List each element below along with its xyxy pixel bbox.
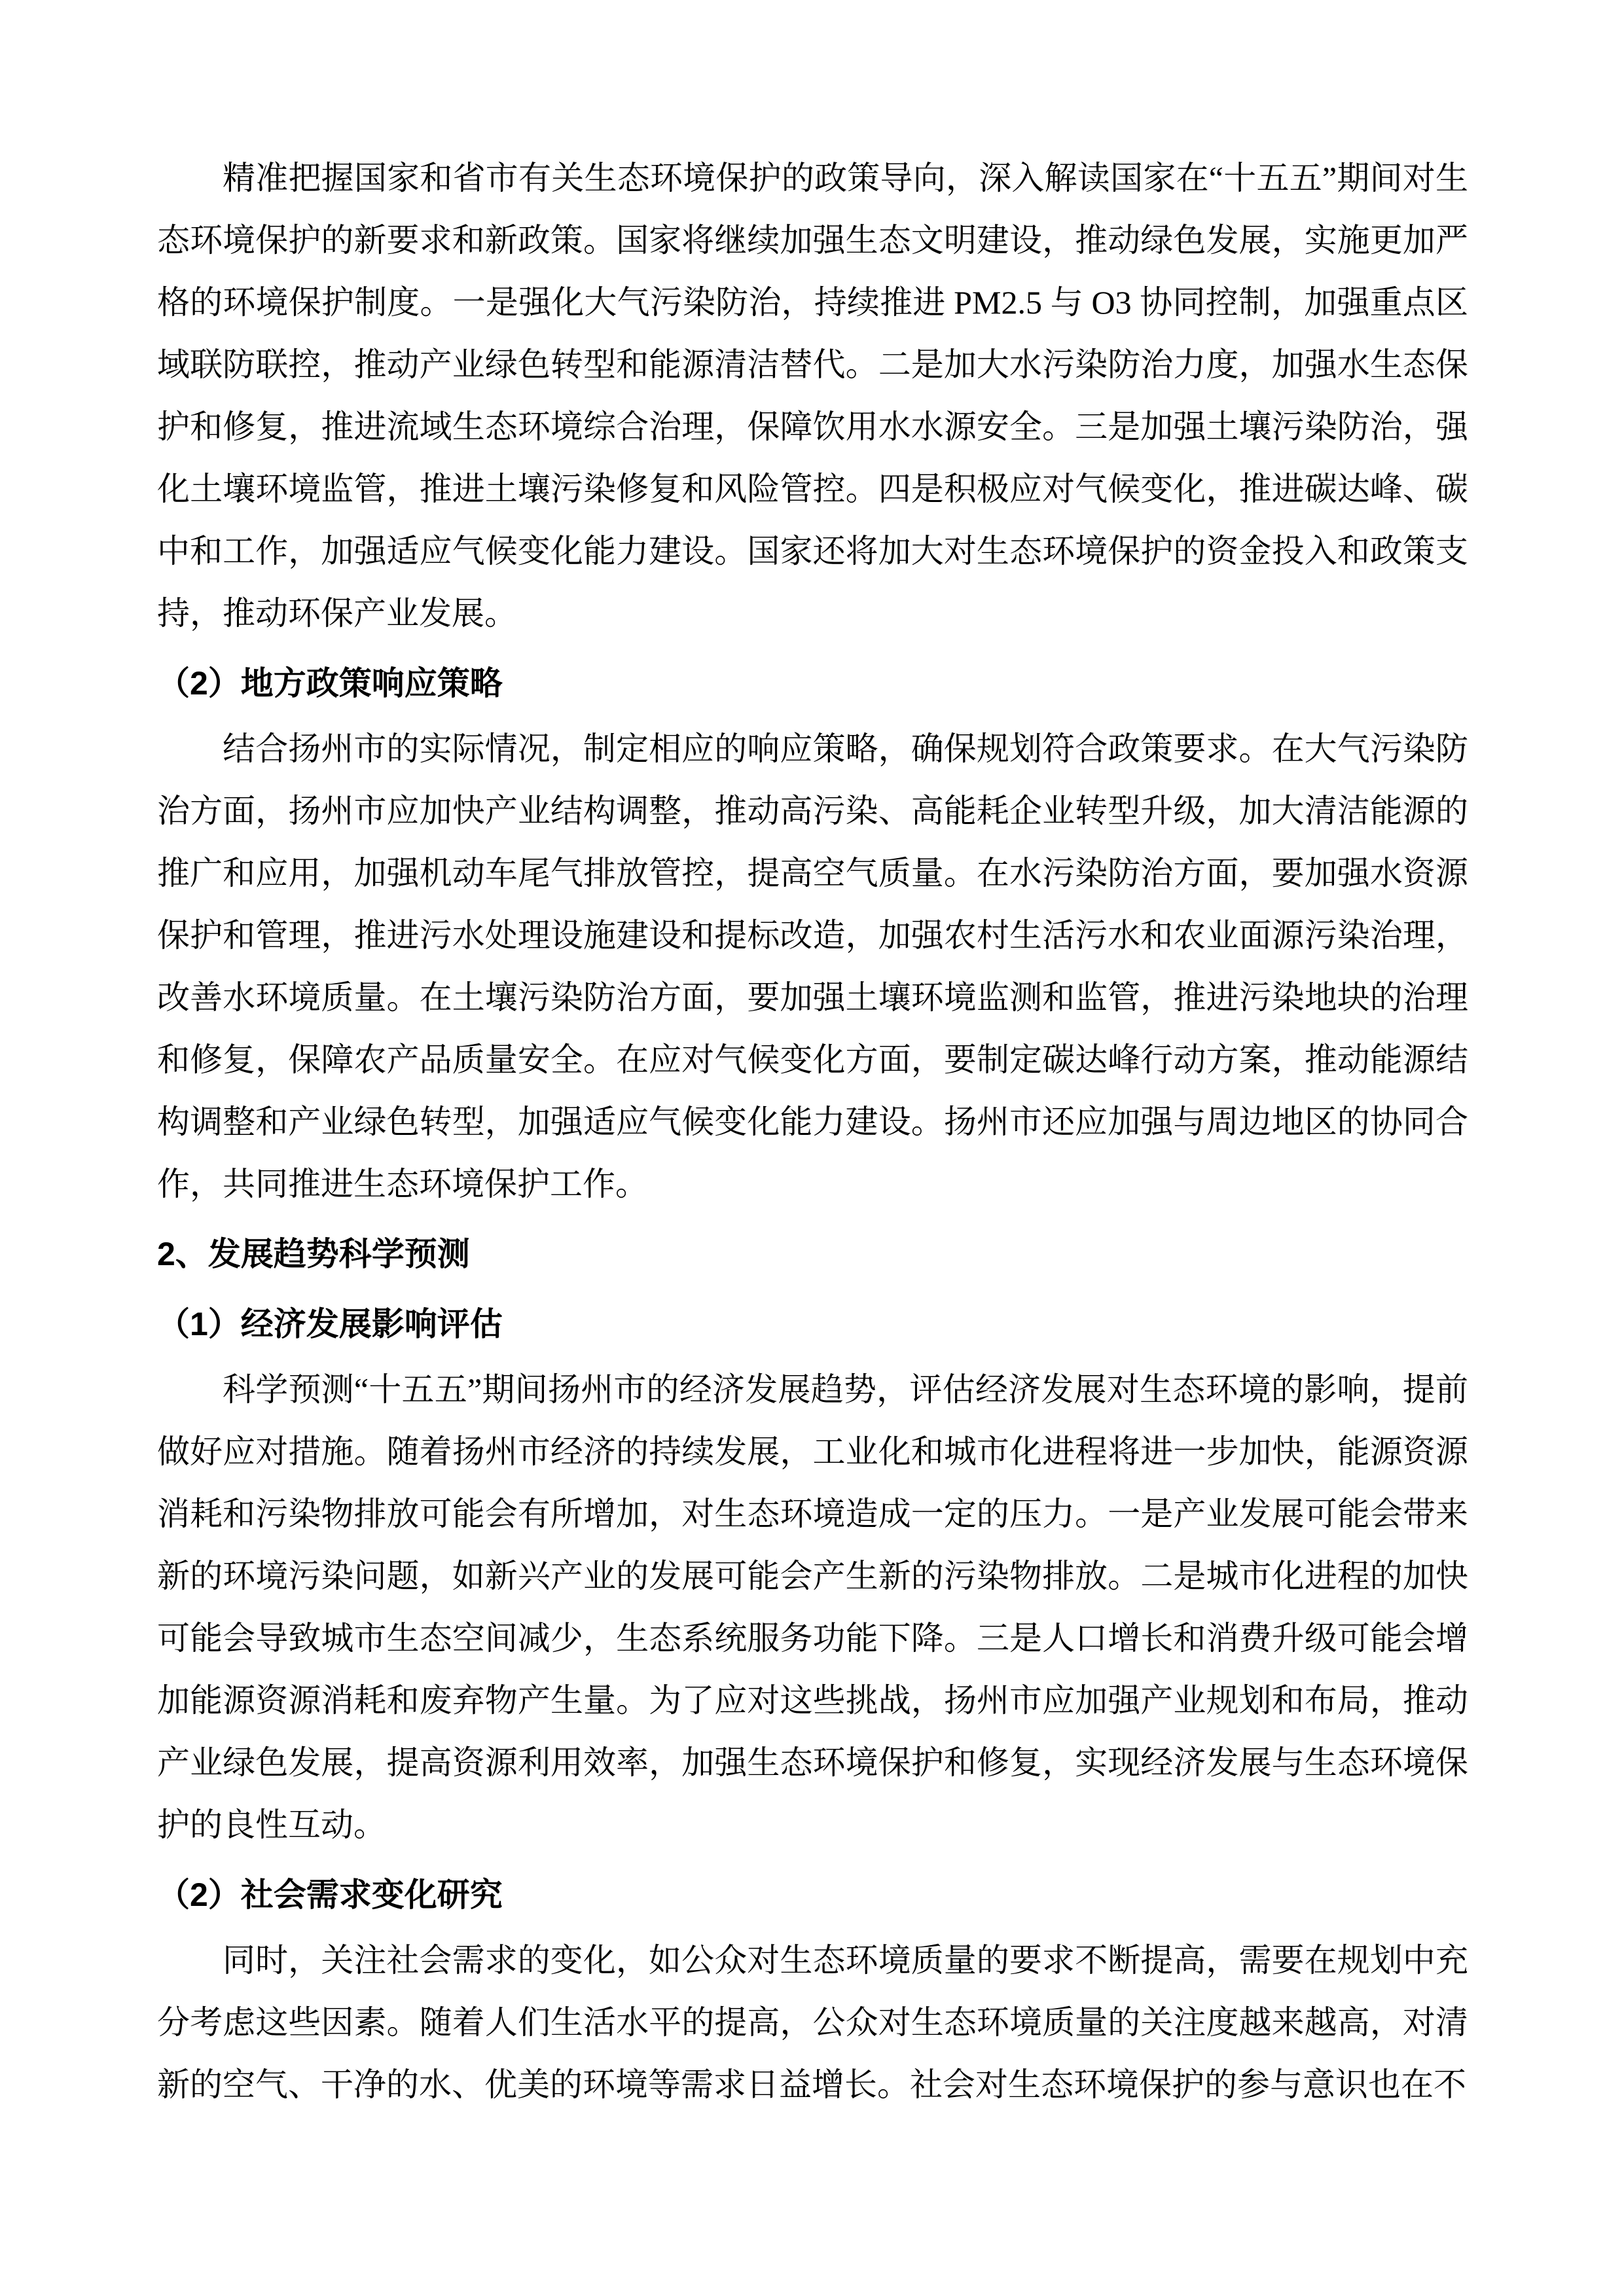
heading-development-trend-forecast: 2、发展趋势科学预测 <box>157 1223 1468 1285</box>
paragraph-national-policy-interpretation: 精准把握国家和省市有关生态环境保护的政策导向，深入解读国家在“十五五”期间对生态… <box>157 147 1468 645</box>
heading-local-policy-response-strategy: （2）地方政策响应策略 <box>157 653 1468 715</box>
paragraph-social-demand-change: 同时，关注社会需求的变化，如公众对生态环境质量的要求不断提高，需要在规划中充分考… <box>157 1929 1468 2116</box>
paragraph-economic-development-impact: 科学预测“十五五”期间扬州市的经济发展趋势，评估经济发展对生态环境的影响，提前做… <box>157 1359 1468 1856</box>
paragraph-local-policy-response: 结合扬州市的实际情况，制定相应的响应策略，确保规划符合政策要求。在大气污染防治方… <box>157 718 1468 1215</box>
document-page: 精准把握国家和省市有关生态环境保护的政策导向，深入解读国家在“十五五”期间对生态… <box>0 0 1624 2296</box>
heading-social-demand-change-research: （2）社会需求变化研究 <box>157 1864 1468 1926</box>
page-content: 精准把握国家和省市有关生态环境保护的政策导向，深入解读国家在“十五五”期间对生态… <box>157 147 1468 2116</box>
heading-economic-development-impact-assessment: （1）经济发展影响评估 <box>157 1293 1468 1355</box>
